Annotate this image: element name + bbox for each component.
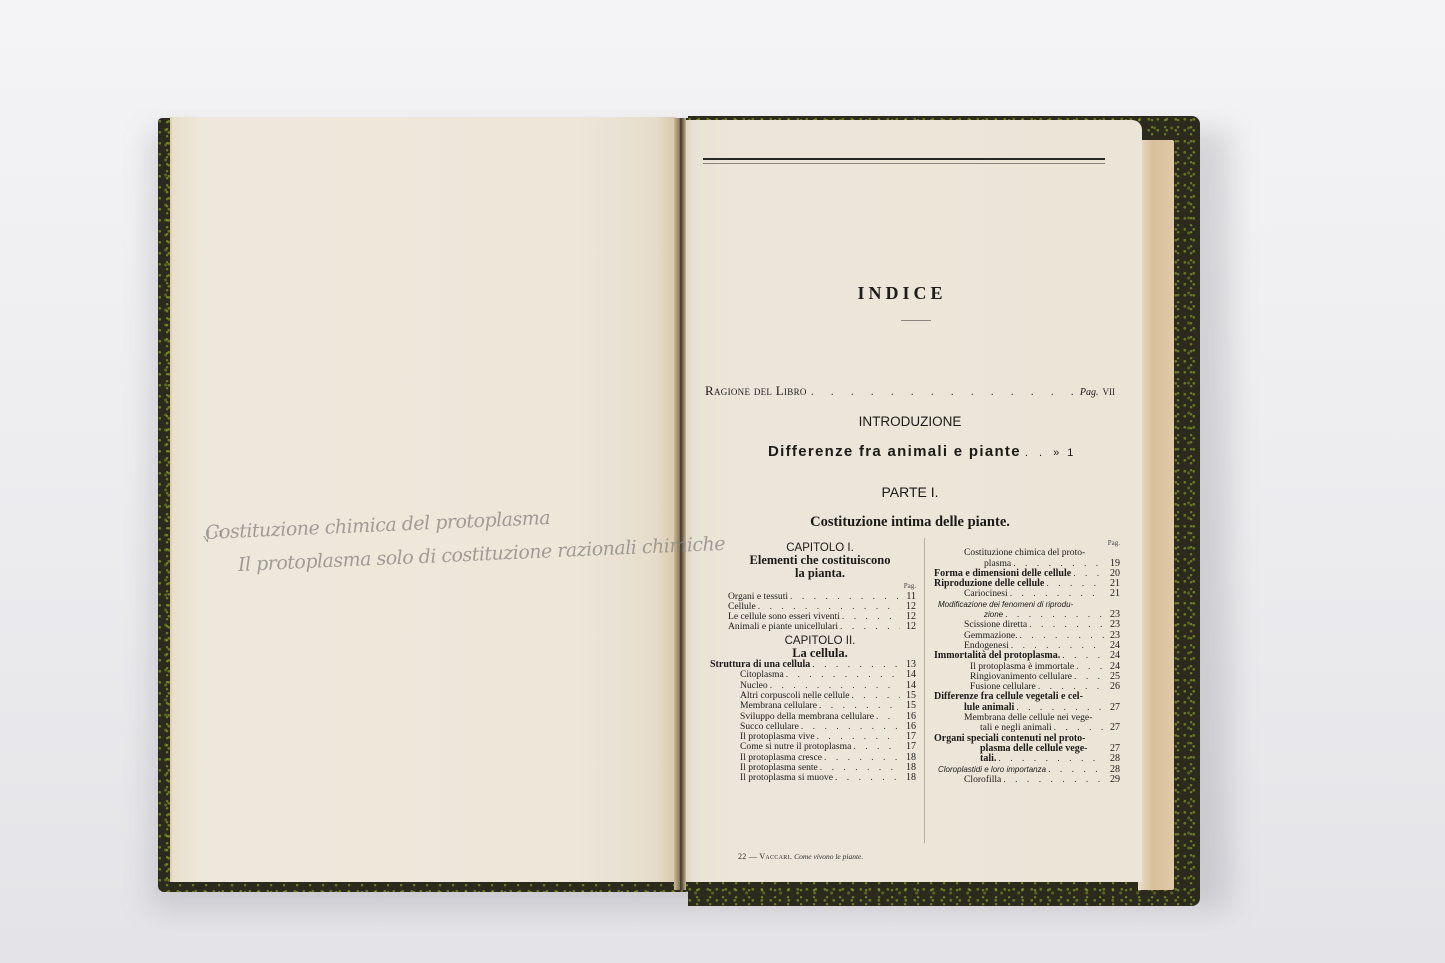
signature-number: 22 — Vaccari. bbox=[738, 852, 792, 861]
toc-entry: Animali e piante unicellulari12 bbox=[710, 622, 916, 632]
introduction-title: Differenze fra animali e piante bbox=[768, 443, 1021, 460]
toc-entry: Costituzione chimica del proto- bbox=[934, 548, 1120, 558]
toc-entry-preface: Ragione del Libro Pag. VII bbox=[705, 383, 1115, 399]
page-title: INDICE bbox=[700, 283, 1104, 304]
dot-leader bbox=[807, 384, 1080, 399]
introduction-page: 1 bbox=[1067, 447, 1077, 459]
toc-entry: Gemmazione.23 bbox=[934, 631, 1120, 641]
column-divider bbox=[924, 538, 925, 843]
chapter-2-heading: CAPITOLO II. bbox=[724, 636, 916, 646]
toc-right-column: Pag. Costituzione chimica del proto- pla… bbox=[934, 537, 1120, 785]
toc-entry: Cloroplastidi e loro importanza28 bbox=[934, 765, 1120, 775]
toc-entry: Clorofilla29 bbox=[934, 775, 1120, 785]
chapter-1-title-line-2: la pianta. bbox=[724, 567, 916, 580]
preface-page: VII bbox=[1103, 387, 1116, 397]
part-heading: PARTE I. bbox=[700, 484, 1120, 500]
printer-signature: 22 — Vaccari. Come vivono le piante. bbox=[738, 852, 863, 861]
toc-entry: zione23 bbox=[934, 610, 1120, 620]
toc-entry: Il protoplasma si muove18 bbox=[710, 773, 916, 783]
toc-entry-introduction: Differenze fra animali e piante. . »1 bbox=[768, 443, 1077, 460]
toc-section: Differenze fra cellule vegetali e cel- bbox=[934, 692, 1120, 702]
toc-entry: Cariocinesi21 bbox=[934, 589, 1120, 599]
book-gutter bbox=[674, 118, 686, 890]
chapter-1-heading: CAPITOLO I. bbox=[724, 543, 916, 553]
introduction-heading: INTRODUZIONE bbox=[700, 414, 1120, 429]
toc-section: Riproduzione delle cellule21 bbox=[934, 579, 1120, 589]
header-double-rule bbox=[703, 158, 1105, 165]
toc-left-column: CAPITOLO I. Elementi che costituiscono l… bbox=[710, 541, 916, 784]
toc-entry: Scissione diretta23 bbox=[934, 620, 1120, 630]
signature-title: Come vivono le piante. bbox=[794, 852, 863, 861]
introduction-leader: . . » bbox=[1025, 447, 1063, 459]
page-block-edge bbox=[1138, 140, 1174, 890]
toc-section: plasma delle cellule vege-27 bbox=[934, 744, 1120, 754]
part-title: Costituzione intima delle piante. bbox=[700, 514, 1120, 531]
preface-label: Ragione del Libro bbox=[705, 383, 807, 399]
toc-section: tali.28 bbox=[934, 754, 1120, 764]
pag-label: Pag. bbox=[1080, 387, 1099, 398]
left-page bbox=[170, 117, 676, 882]
title-underline bbox=[901, 320, 931, 321]
toc-entry: Modificazione dei fenomeni di riprodu- bbox=[934, 600, 1120, 610]
